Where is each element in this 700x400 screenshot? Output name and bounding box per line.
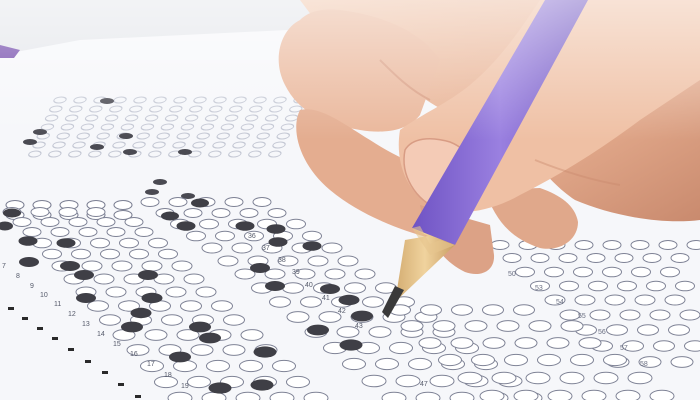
photo-illustration: 789 101112 131415 16171819 — [0, 0, 700, 400]
answer-sheet-photo: Close-up photo of a hand holding a purpl… — [0, 0, 700, 400]
